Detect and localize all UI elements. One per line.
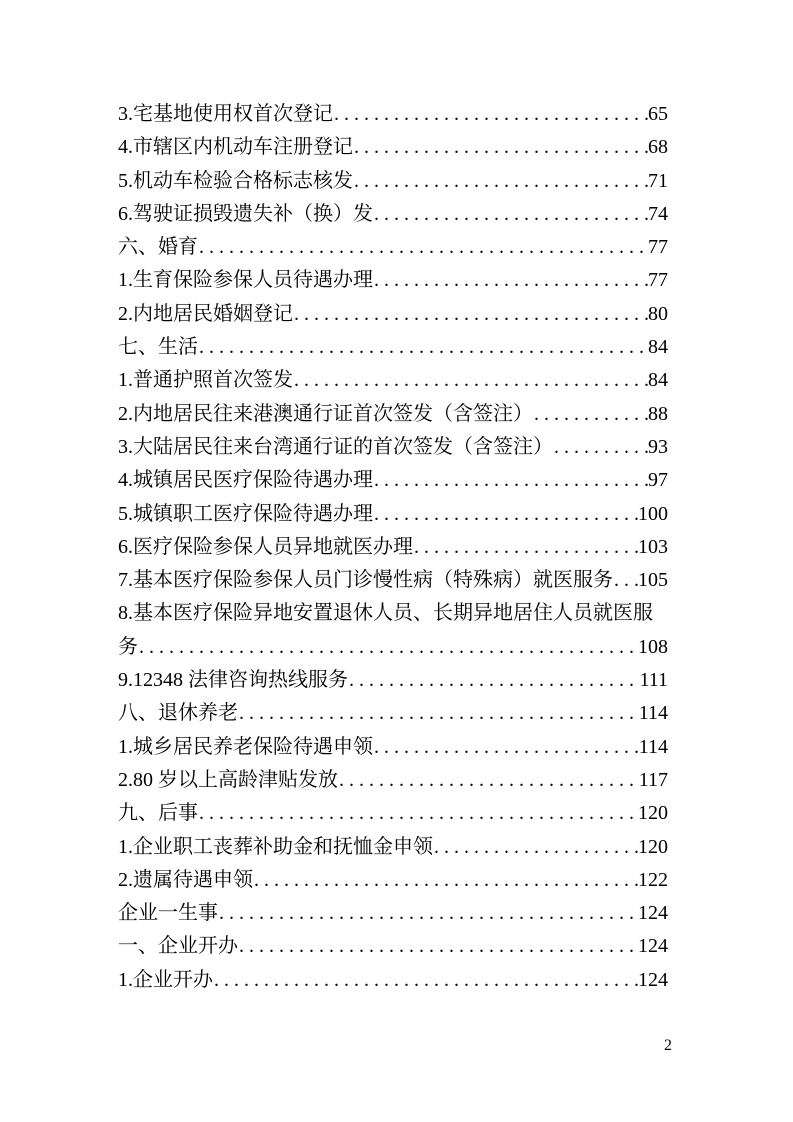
- toc-entry-page: 88: [648, 398, 668, 431]
- toc-entry-page: 71: [648, 165, 668, 198]
- toc-entry-title: 八、退休养老: [118, 697, 238, 730]
- table-of-contents: 3.宅基地使用权首次登记 ...........................…: [118, 98, 668, 997]
- toc-entry-page: 120: [638, 831, 668, 864]
- toc-entry: 务 ......................................…: [118, 631, 668, 664]
- toc-entry-page: 84: [648, 331, 668, 364]
- toc-entry-title: 4.城镇居民医疗保险待遇办理: [118, 464, 373, 497]
- toc-entry-title: 企业一生事: [118, 897, 218, 930]
- toc-leader-dots: ........................................…: [348, 664, 639, 697]
- toc-entry-page: 80: [648, 298, 668, 331]
- toc-entry: 2.内地居民往来港澳通行证首次签发（含签注） .................…: [118, 398, 668, 431]
- toc-entry-page: 65: [648, 98, 668, 131]
- toc-entry: 1.企业开办 .................................…: [118, 964, 668, 997]
- toc-entry-page: 84: [648, 364, 668, 397]
- toc-entry-page: 114: [639, 731, 668, 764]
- toc-entry: 6.医疗保险参保人员异地就医办理 .......................…: [118, 531, 668, 564]
- toc-entry: 1.城乡居民养老保险待遇申领 .........................…: [118, 731, 668, 764]
- toc-entry: 5.机动车检验合格标志核发 ..........................…: [118, 165, 668, 198]
- toc-leader-dots: ........................................…: [373, 264, 648, 297]
- toc-entry-page: 124: [638, 930, 668, 963]
- toc-entry-page: 77: [648, 264, 668, 297]
- toc-entry-title: 9.12348 法律咨询热线服务: [118, 664, 348, 697]
- toc-leader-dots: ........................................…: [213, 964, 638, 997]
- toc-leader-dots: ........................................…: [373, 731, 639, 764]
- toc-entry-title: 8.基本医疗保险异地安置退休人员、长期异地居住人员就医服: [118, 597, 653, 630]
- toc-entry: 9.12348 法律咨询热线服务 .......................…: [118, 664, 668, 697]
- toc-entry-page: 105: [638, 564, 668, 597]
- toc-entry-title: 6.医疗保险参保人员异地就医办理: [118, 531, 413, 564]
- toc-leader-dots: ........................................…: [198, 331, 648, 364]
- toc-entry-title: 务: [118, 631, 138, 664]
- toc-entry-page: 111: [639, 664, 668, 697]
- toc-entry: 七、生活 ...................................…: [118, 331, 668, 364]
- toc-leader-dots: ........................................…: [293, 364, 648, 397]
- toc-entry-title: 1.城乡居民养老保险待遇申领: [118, 731, 373, 764]
- toc-leader-dots: ........................................…: [373, 464, 648, 497]
- toc-entry-title: 六、婚育: [118, 231, 198, 264]
- toc-entry: 一、企业开办 .................................…: [118, 930, 668, 963]
- toc-entry-title: 4.市辖区内机动车注册登记: [118, 131, 353, 164]
- toc-entry: 1.生育保险参保人员待遇办理 .........................…: [118, 264, 668, 297]
- toc-entry-page: 124: [638, 964, 668, 997]
- toc-entry-title: 5.机动车检验合格标志核发: [118, 165, 353, 198]
- toc-entry-page: 103: [638, 531, 668, 564]
- toc-leader-dots: ........................................…: [413, 531, 638, 564]
- toc-entry-title: 3.大陆居民往来台湾通行证的首次签发（含签注）: [118, 431, 553, 464]
- toc-entry-page: 97: [648, 464, 668, 497]
- toc-entry: 六、婚育 ...................................…: [118, 231, 668, 264]
- toc-entry-page: 100: [638, 498, 668, 531]
- toc-entry-title: 七、生活: [118, 331, 198, 364]
- toc-entry: 企业一生事 ..................................…: [118, 897, 668, 930]
- toc-entry-title: 2.80 岁以上高龄津贴发放: [118, 764, 338, 797]
- toc-entry: 八、退休养老 .................................…: [118, 697, 668, 730]
- toc-entry-page: 77: [648, 231, 668, 264]
- toc-leader-dots: ........................................…: [198, 797, 638, 830]
- toc-entry: 3.大陆居民往来台湾通行证的首次签发（含签注） ................…: [118, 431, 668, 464]
- toc-entry-page: 68: [648, 131, 668, 164]
- toc-leader-dots: ........................................…: [293, 298, 648, 331]
- toc-entry: 1.普通护照首次签发 .............................…: [118, 364, 668, 397]
- toc-leader-dots: ........................................…: [353, 131, 648, 164]
- toc-entry-title: 6.驾驶证损毁遗失补（换）发: [118, 198, 373, 231]
- toc-entry-page: 124: [638, 897, 668, 930]
- toc-entry-title: 九、后事: [118, 797, 198, 830]
- toc-leader-dots: ........................................…: [198, 231, 648, 264]
- toc-leader-dots: ........................................…: [533, 398, 648, 431]
- toc-entry-title: 1.普通护照首次签发: [118, 364, 293, 397]
- toc-entry-page: 108: [638, 631, 668, 664]
- toc-entry: 3.宅基地使用权首次登记 ...........................…: [118, 98, 668, 131]
- toc-entry-title: 2.内地居民婚姻登记: [118, 298, 293, 331]
- toc-entry: 5.城镇职工医疗保险待遇办理 .........................…: [118, 498, 668, 531]
- toc-leader-dots: ........................................…: [338, 764, 639, 797]
- document-page: 3.宅基地使用权首次登记 ...........................…: [0, 0, 793, 1122]
- toc-entry-title: 2.内地居民往来港澳通行证首次签发（含签注）: [118, 398, 533, 431]
- toc-leader-dots: ........................................…: [333, 98, 648, 131]
- toc-entry: 2.内地居民婚姻登记 .............................…: [118, 298, 668, 331]
- toc-leader-dots: ........................................…: [433, 831, 638, 864]
- toc-entry: 4.城镇居民医疗保险待遇办理 .........................…: [118, 464, 668, 497]
- toc-entry: 2.80 岁以上高龄津贴发放 .........................…: [118, 764, 668, 797]
- toc-entry: 1.企业职工丧葬补助金和抚恤金申领 ......................…: [118, 831, 668, 864]
- toc-entry: 4.市辖区内机动车注册登记 ..........................…: [118, 131, 668, 164]
- toc-entry: 7.基本医疗保险参保人员门诊慢性病（特殊病）就医服务 .............…: [118, 564, 668, 597]
- toc-leader-dots: ........................................…: [353, 165, 648, 198]
- toc-entry-page: 122: [638, 864, 668, 897]
- toc-entry-title: 7.基本医疗保险参保人员门诊慢性病（特殊病）就医服务: [118, 564, 613, 597]
- toc-entry: 8.基本医疗保险异地安置退休人员、长期异地居住人员就医服: [118, 597, 668, 630]
- toc-entry: 2.遗属待遇申领 ...............................…: [118, 864, 668, 897]
- toc-entry-page: 117: [639, 764, 668, 797]
- toc-entry-title: 5.城镇职工医疗保险待遇办理: [118, 498, 373, 531]
- page-number: 2: [664, 1036, 672, 1056]
- toc-leader-dots: ........................................…: [138, 631, 638, 664]
- toc-leader-dots: ........................................…: [373, 198, 648, 231]
- toc-entry-page: 93: [648, 431, 668, 464]
- toc-entry: 6.驾驶证损毁遗失补（换）发 .........................…: [118, 198, 668, 231]
- toc-entry: 九、后事 ...................................…: [118, 797, 668, 830]
- toc-entry-title: 1.企业开办: [118, 964, 213, 997]
- toc-entry-page: 114: [639, 697, 668, 730]
- toc-entry-title: 一、企业开办: [118, 930, 238, 963]
- toc-leader-dots: ........................................…: [238, 930, 638, 963]
- toc-entry-title: 3.宅基地使用权首次登记: [118, 98, 333, 131]
- toc-entry-title: 1.生育保险参保人员待遇办理: [118, 264, 373, 297]
- toc-leader-dots: ........................................…: [218, 897, 638, 930]
- toc-leader-dots: ........................................…: [238, 697, 639, 730]
- toc-entry-page: 74: [648, 198, 668, 231]
- toc-leader-dots: ........................................…: [613, 564, 638, 597]
- toc-entry-title: 1.企业职工丧葬补助金和抚恤金申领: [118, 831, 433, 864]
- toc-leader-dots: ........................................…: [253, 864, 638, 897]
- toc-leader-dots: ........................................…: [373, 498, 638, 531]
- toc-entry-title: 2.遗属待遇申领: [118, 864, 253, 897]
- toc-leader-dots: ........................................…: [553, 431, 648, 464]
- toc-entry-page: 120: [638, 797, 668, 830]
